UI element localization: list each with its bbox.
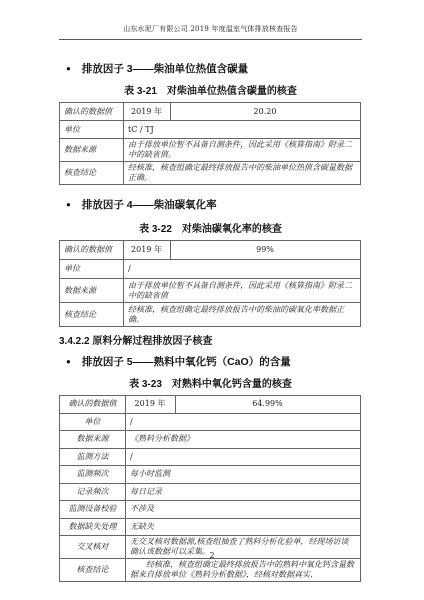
table-row: 核查结论 经核准，核查组确定最终排放报告中的柴油的碳氧化率数据正确。 [60, 303, 361, 327]
table-row: 核查结论 经核准，核查组确定最终排放报告中的熟料中氧化钙含量数据来自排放单位《熟… [60, 559, 361, 582]
bullet-icon: ● [66, 64, 71, 73]
table-row: 数据来源 《熟料分析数据》 [60, 431, 361, 449]
table-row: 单位 / [60, 260, 361, 279]
value-cell: 20.20 [171, 103, 361, 121]
bullet-icon: ● [66, 200, 71, 209]
row-label: 单位 [60, 260, 124, 279]
table-row: 数据缺失处理 无缺失 [60, 518, 361, 536]
table-row: 数据来源 由于排放单位暂不具备自测条件，因此采用《核算指南》附录二中的缺省值 [60, 279, 361, 303]
bullet-icon: ● [66, 357, 71, 366]
page-content: ● 排放因子 3——柴油单位热值含碳量 表 3-21 对柴油单位热值含碳量的核查… [59, 61, 362, 582]
page-number: 2 [0, 551, 424, 560]
table-row: 确认的数据值 2019 年 99% [60, 241, 361, 260]
row-label: 数据来源 [60, 431, 126, 449]
factor5-heading-label: 排放因子 5——熟料中氧化钙（CaO）的含量 [82, 354, 291, 369]
value-cell: 无缺失 [126, 518, 361, 536]
year-cell: 2019 年 [126, 396, 176, 414]
table-3-21-caption: 表 3-21 对柴油单位热值含碳量的核查 [59, 82, 362, 97]
factor5-heading: ● 排放因子 5——熟料中氧化钙（CaO）的含量 [59, 354, 362, 369]
row-label: 单位 [60, 413, 126, 431]
row-label: 核查结论 [60, 162, 124, 185]
value-cell: 《熟料分析数据》 [126, 431, 361, 449]
report-page: 山东水泥厂有限公司 2019 年度温室气体排放核查报告 ● 排放因子 3——柴油… [0, 0, 424, 600]
row-label: 数据来源 [60, 279, 124, 303]
factor3-heading: ● 排放因子 3——柴油单位热值含碳量 [59, 61, 362, 76]
section-heading-3-4-2-2: 3.4.2.2 原料分解过程排放因子核查 [59, 332, 362, 347]
row-label: 核查结论 [60, 559, 126, 582]
running-header: 山东水泥厂有限公司 2019 年度温室气体排放核查报告 [59, 24, 362, 40]
value-cell: 由于排放单位暂不具备自测条件，因此采用《核算指南》附录二中的缺省值。 [124, 139, 361, 162]
row-label: 数据缺失处理 [60, 518, 126, 536]
value-cell: 经核准，核查组确定最终排放报告中的熟料中氧化钙含量数据来自排放单位《熟料分析数据… [126, 559, 361, 582]
factor4-heading: ● 排放因子 4——柴油碳氧化率 [59, 197, 362, 212]
table-3-22-caption: 表 3-22 对柴油碳氧化率的核查 [59, 220, 362, 235]
row-label: 数据来源 [60, 139, 124, 162]
year-cell: 2019 年 [124, 241, 171, 260]
value-cell: 每日记录 [126, 483, 361, 501]
factor4-heading-label: 排放因子 4——柴油碳氧化率 [82, 197, 217, 212]
table-3-22: 确认的数据值 2019 年 99% 单位 / 数据来源 由于排放单位暂不具备自测… [59, 240, 361, 327]
row-label: 确认的数据值 [60, 103, 124, 121]
year-cell: 2019 年 [124, 103, 171, 121]
value-cell: 不涉及 [126, 501, 361, 519]
value-cell: 99% [171, 241, 361, 260]
table-row: 监测方法 / [60, 448, 361, 466]
row-label: 确认的数据值 [60, 241, 124, 260]
value-cell: tC / TJ [124, 121, 361, 139]
value-cell: 由于排放单位暂不具备自测条件，因此采用《核算指南》附录二中的缺省值 [124, 279, 361, 303]
row-label: 单位 [60, 121, 124, 139]
value-cell: 每小时监测 [126, 466, 361, 484]
row-label: 记录频次 [60, 483, 126, 501]
value-cell: 经核准，核查组确定最终排放报告中的柴油单位热值含碳量数据正确。 [124, 162, 361, 185]
value-cell: 64.99% [176, 396, 361, 414]
row-label: 监测设备校验 [60, 501, 126, 519]
value-cell: / [126, 413, 361, 431]
table-row: 单位 / [60, 413, 361, 431]
table-row: 监测设备校验 不涉及 [60, 501, 361, 519]
row-label: 监测方法 [60, 448, 126, 466]
row-label: 核查结论 [60, 303, 124, 327]
table-row: 单位 tC / TJ [60, 121, 361, 139]
value-cell: / [126, 448, 361, 466]
table-3-21: 确认的数据值 2019 年 20.20 单位 tC / TJ 数据来源 由于排放… [59, 102, 361, 185]
table-row: 确认的数据值 2019 年 20.20 [60, 103, 361, 121]
table-row: 数据来源 由于排放单位暂不具备自测条件，因此采用《核算指南》附录二中的缺省值。 [60, 139, 361, 162]
table-row: 核查结论 经核准，核查组确定最终排放报告中的柴油单位热值含碳量数据正确。 [60, 162, 361, 185]
table-row: 监测频次 每小时监测 [60, 466, 361, 484]
value-cell: / [124, 260, 361, 279]
table-row: 记录频次 每日记录 [60, 483, 361, 501]
row-label: 监测频次 [60, 466, 126, 484]
row-label: 确认的数据值 [60, 396, 126, 414]
factor3-heading-label: 排放因子 3——柴油单位热值含碳量 [82, 61, 248, 76]
table-3-23-caption: 表 3-23 对熟料中氧化钙含量的核查 [59, 375, 362, 390]
table-row: 确认的数据值 2019 年 64.99% [60, 396, 361, 414]
value-cell: 经核准，核查组确定最终排放报告中的柴油的碳氧化率数据正确。 [124, 303, 361, 327]
